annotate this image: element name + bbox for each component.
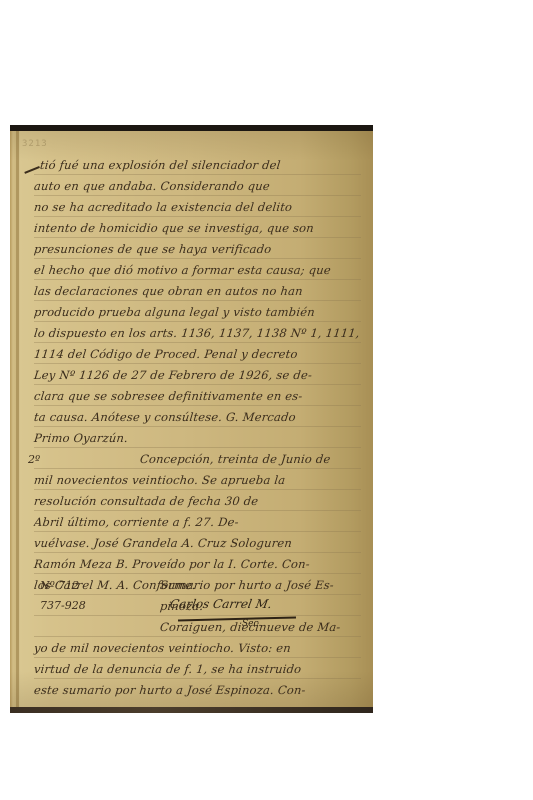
text-line: este sumario por hurto a José Espinoza. … bbox=[33, 680, 365, 700]
text-line: Coraiguen, diecinueve de Ma- bbox=[159, 617, 373, 637]
case-heading-line: pinoza. bbox=[159, 596, 366, 616]
case-reference: 737-928 bbox=[40, 599, 86, 612]
section-new-case-layer: Nº 712 737-928 Sumario por hurto a José … bbox=[10, 131, 373, 707]
case-heading-line: Sumario por hurto a José Es- bbox=[159, 575, 366, 595]
page-bottom-edge bbox=[10, 707, 373, 713]
text-line: yo de mil novecientos veintiocho. Visto:… bbox=[33, 638, 365, 658]
text-line: virtud de la denuncia de f. 1, se ha ins… bbox=[33, 659, 365, 679]
case-number: Nº 712 bbox=[40, 579, 79, 592]
